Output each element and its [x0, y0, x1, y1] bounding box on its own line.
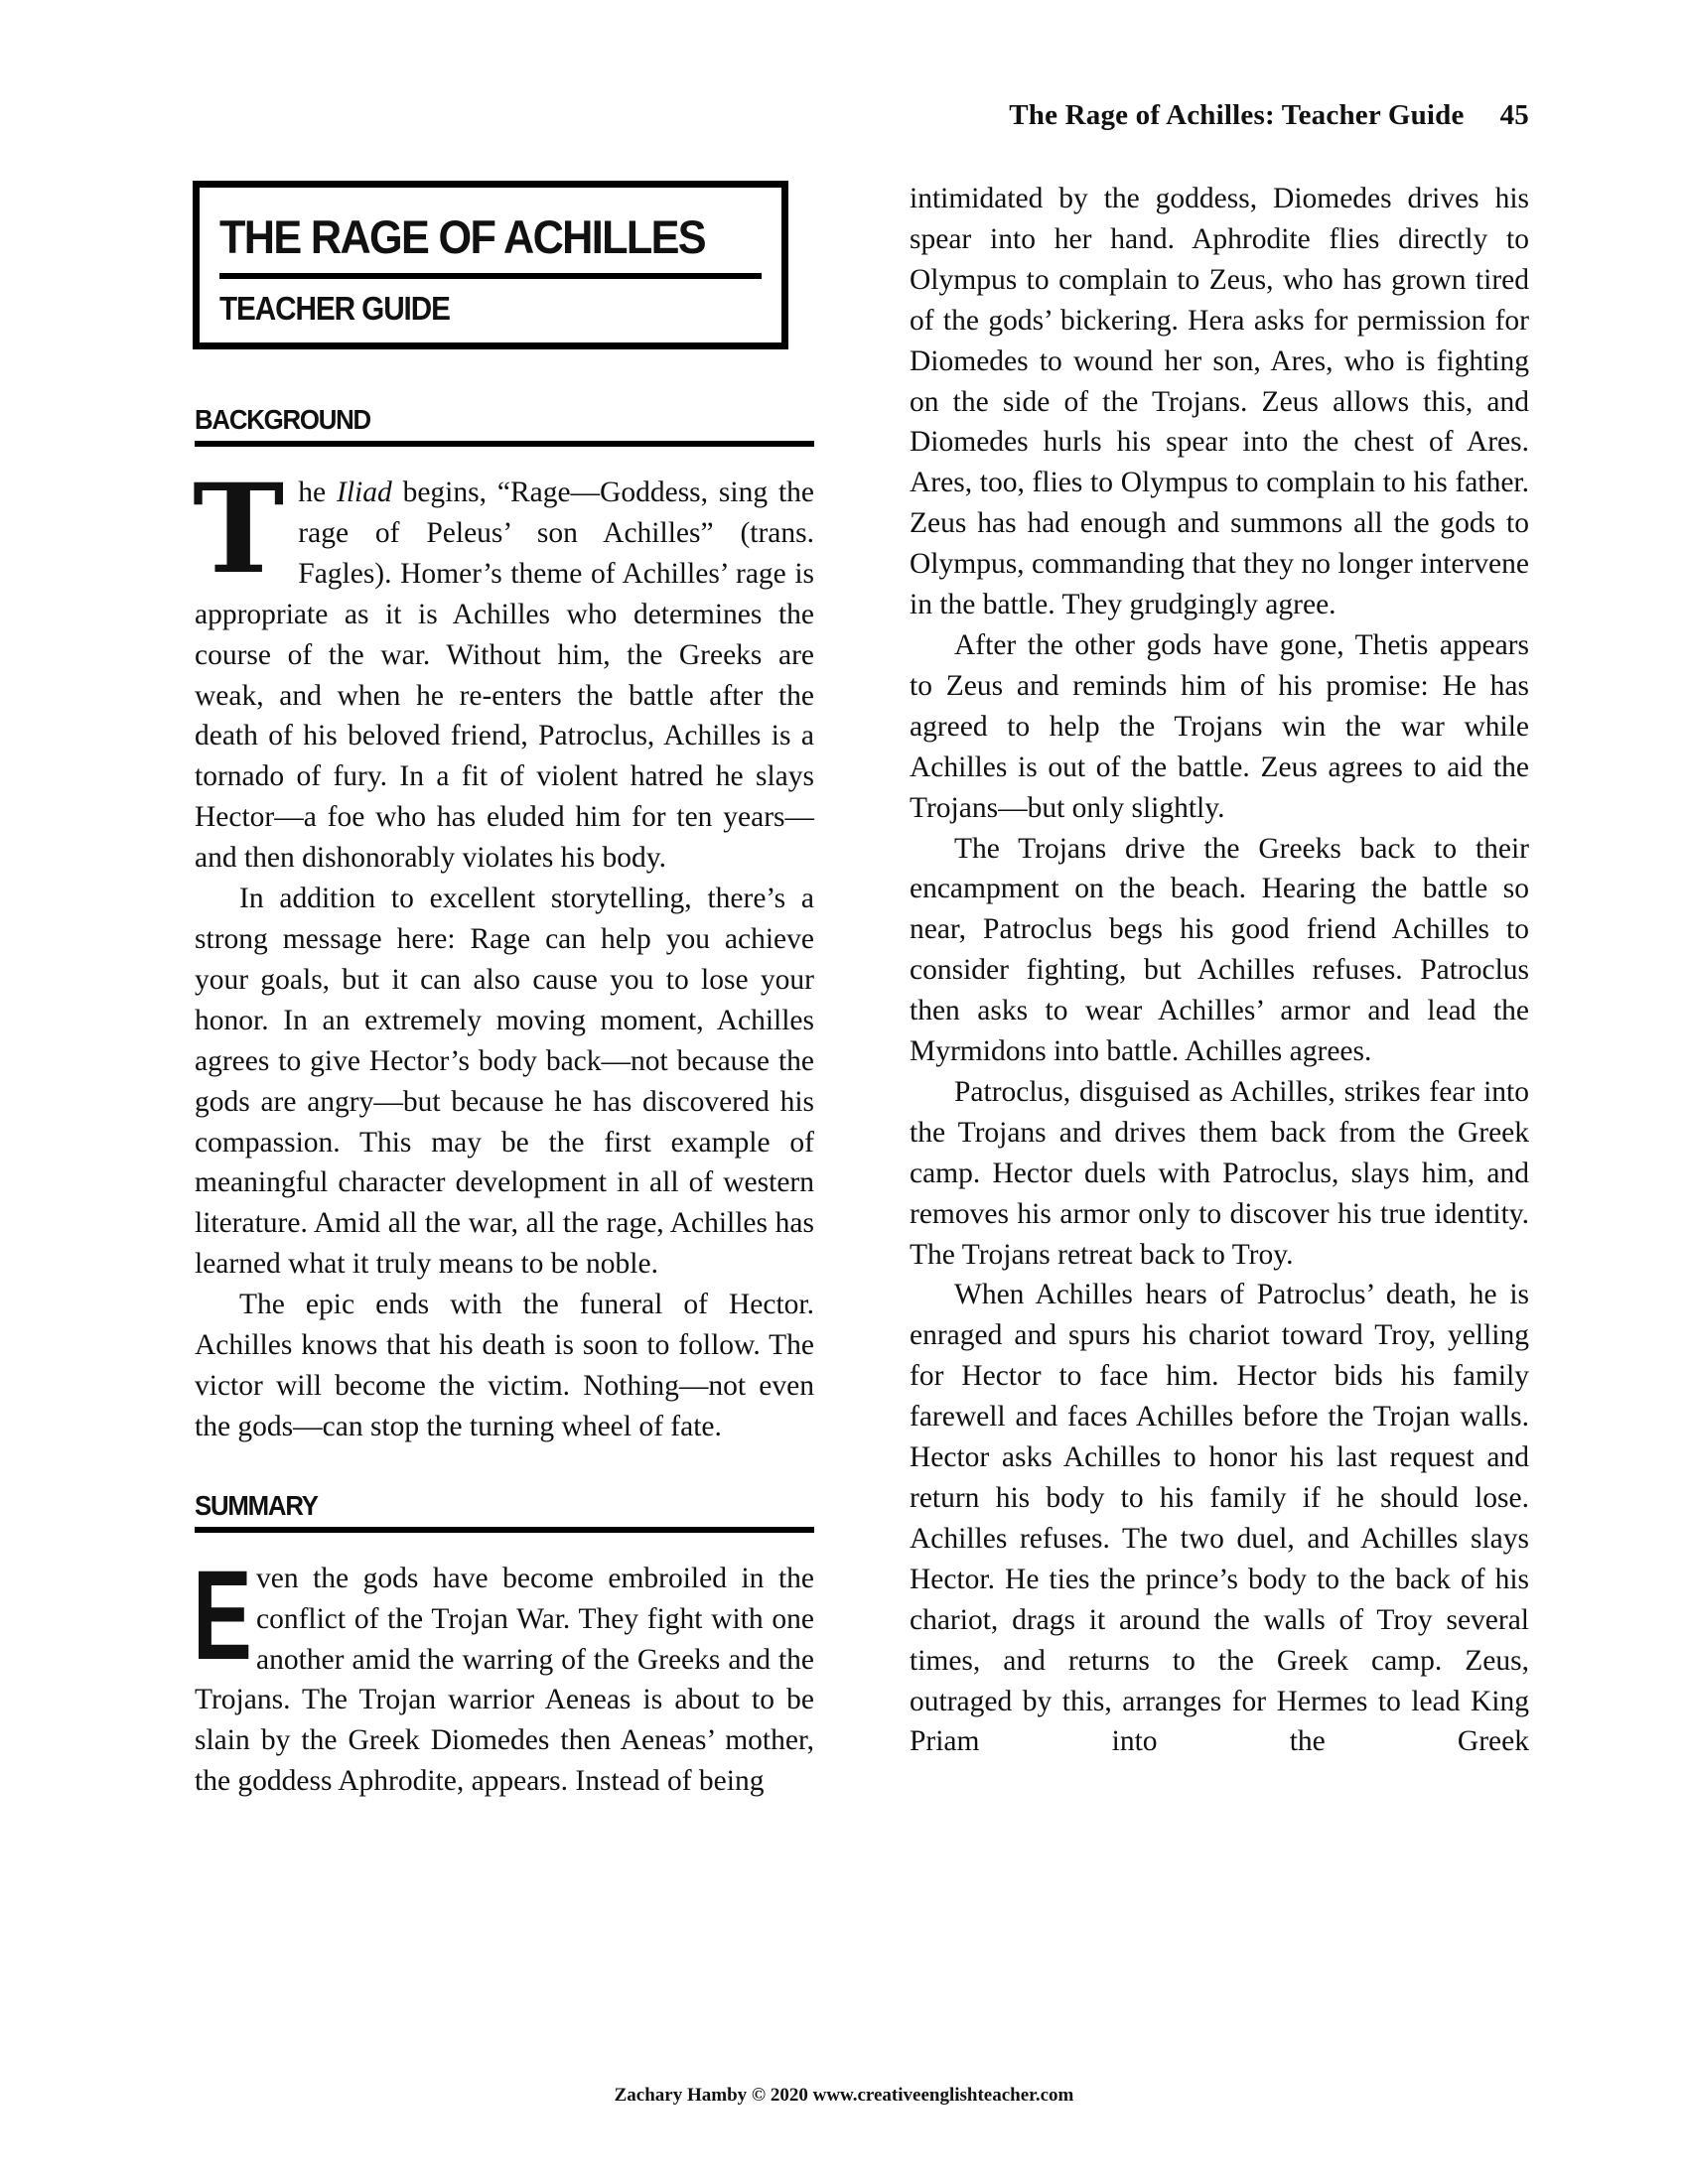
summary-paragraph-5: When Achilles hears of Patroclus’ death,…: [910, 1275, 1529, 1762]
title-divider: [219, 273, 762, 279]
left-column: THE RAGE OF ACHILLES TEACHER GUIDE BACKG…: [195, 179, 814, 1802]
section-divider: [195, 1527, 814, 1533]
document-subtitle: TEACHER GUIDE: [219, 289, 707, 329]
document-title: THE RAGE OF ACHILLES: [219, 209, 718, 265]
summary-paragraph-2: After the other gods have gone, Thetis a…: [910, 625, 1529, 829]
book-title-italic: Iliad: [337, 477, 392, 508]
text-run: he: [298, 477, 337, 508]
summary-paragraph-1-continued: intimidated by the goddess, Diomedes dri…: [910, 179, 1529, 625]
running-head: The Rage of Achilles: Teacher Guide45: [1009, 99, 1529, 132]
text-run: begins, “Rage—Goddess, sing the rage of …: [195, 477, 814, 874]
title-box: THE RAGE OF ACHILLES TEACHER GUIDE: [193, 181, 788, 349]
page-number: 45: [1500, 99, 1529, 131]
right-column: intimidated by the goddess, Diomedes dri…: [910, 179, 1529, 1762]
drop-cap: T: [193, 478, 284, 588]
summary-paragraph-1: Even the gods have become embroiled in t…: [195, 1559, 814, 1802]
section-heading-background: BACKGROUND: [195, 403, 765, 437]
summary-paragraph-4: Patroclus, disguised as Achilles, strike…: [910, 1072, 1529, 1276]
background-paragraph-3: The epic ends with the funeral of Hector…: [195, 1285, 814, 1447]
background-paragraph-1: The Iliad begins, “Rage—Goddess, sing th…: [195, 473, 814, 879]
section-divider: [195, 441, 814, 447]
page-footer: Zachary Hamby © 2020 www.creativeenglish…: [0, 2085, 1688, 2107]
background-paragraph-2: In addition to excellent storytelling, t…: [195, 879, 814, 1285]
running-head-title: The Rage of Achilles: Teacher Guide: [1009, 99, 1464, 131]
section-heading-summary: SUMMARY: [195, 1489, 765, 1523]
drop-cap: E: [193, 1565, 226, 1674]
text-run: ven the gods have become embroiled in th…: [195, 1563, 814, 1798]
summary-paragraph-3: The Trojans drive the Greeks back to the…: [910, 829, 1529, 1072]
